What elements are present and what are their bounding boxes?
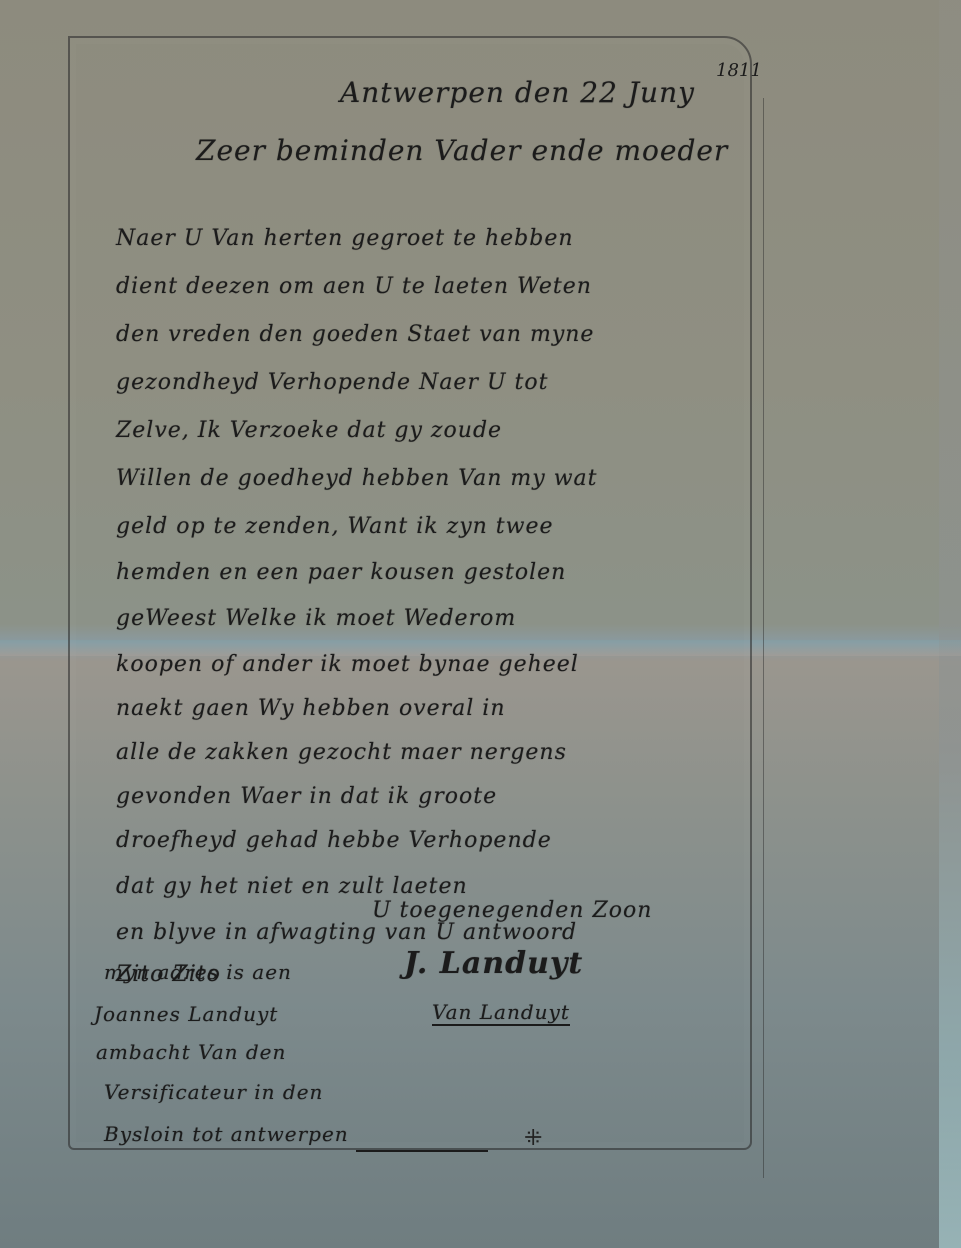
address-line-3: ambacht Van den [96,1040,286,1064]
ink-mark: ⁜ [524,1126,542,1151]
address-underline [356,1150,488,1152]
body-line-16: en blyve in afwagting van U antwoord [116,920,577,945]
body-line-8: hemden en een paer kousen gestolen [116,560,566,585]
body-line-12: alle de zakken gezocht maer nergens [116,740,567,765]
body-line-15: dat gy het niet en zult laeten [116,874,468,899]
body-line-11: naekt gaen Wy hebben overal in [116,696,506,721]
body-line-14: droefheyd gehad hebbe Verhopende [116,828,552,853]
closing: U toegenegenden Zoon [372,898,652,923]
address-line-1: myn adres is aen [104,960,292,984]
body-line-10: koopen of ander ik moet bynae geheel [116,652,579,677]
signature: J. Landuyt [404,946,583,981]
body-line-5: Zelve, Ik Verzoeke dat gy zoude [116,418,502,443]
body-line-9: geWeest Welke ik moet Wederom [116,606,516,631]
body-line-1: Naer U Van herten gegroet te hebben [116,226,574,251]
salutation: Zeer beminden Vader ende moeder [196,134,728,167]
photo-edge-strip [939,0,961,1248]
address-line-4: Versificateur in den [104,1080,323,1104]
signature-flourish: Van Landuyt [432,1000,570,1026]
year: 1811 [716,60,762,81]
address-line-2: Joannes Landuyt [94,1002,278,1026]
body-line-13: gevonden Waer in dat ik groote [116,784,497,809]
body-line-4: gezondheyd Verhopende Naer U tot [116,370,548,395]
body-line-7: geld op te zenden, Want ik zyn twee [116,514,554,539]
place-date: Antwerpen den 22 Juny [340,76,695,109]
body-line-2: dient deezen om aen U te laeten Weten [116,274,592,299]
body-line-3: den vreden den goeden Staet van myne [116,322,594,347]
address-line-5: Bysloin tot antwerpen [104,1122,349,1146]
body-line-6: Willen de goedheyd hebben Van my wat [116,466,598,491]
